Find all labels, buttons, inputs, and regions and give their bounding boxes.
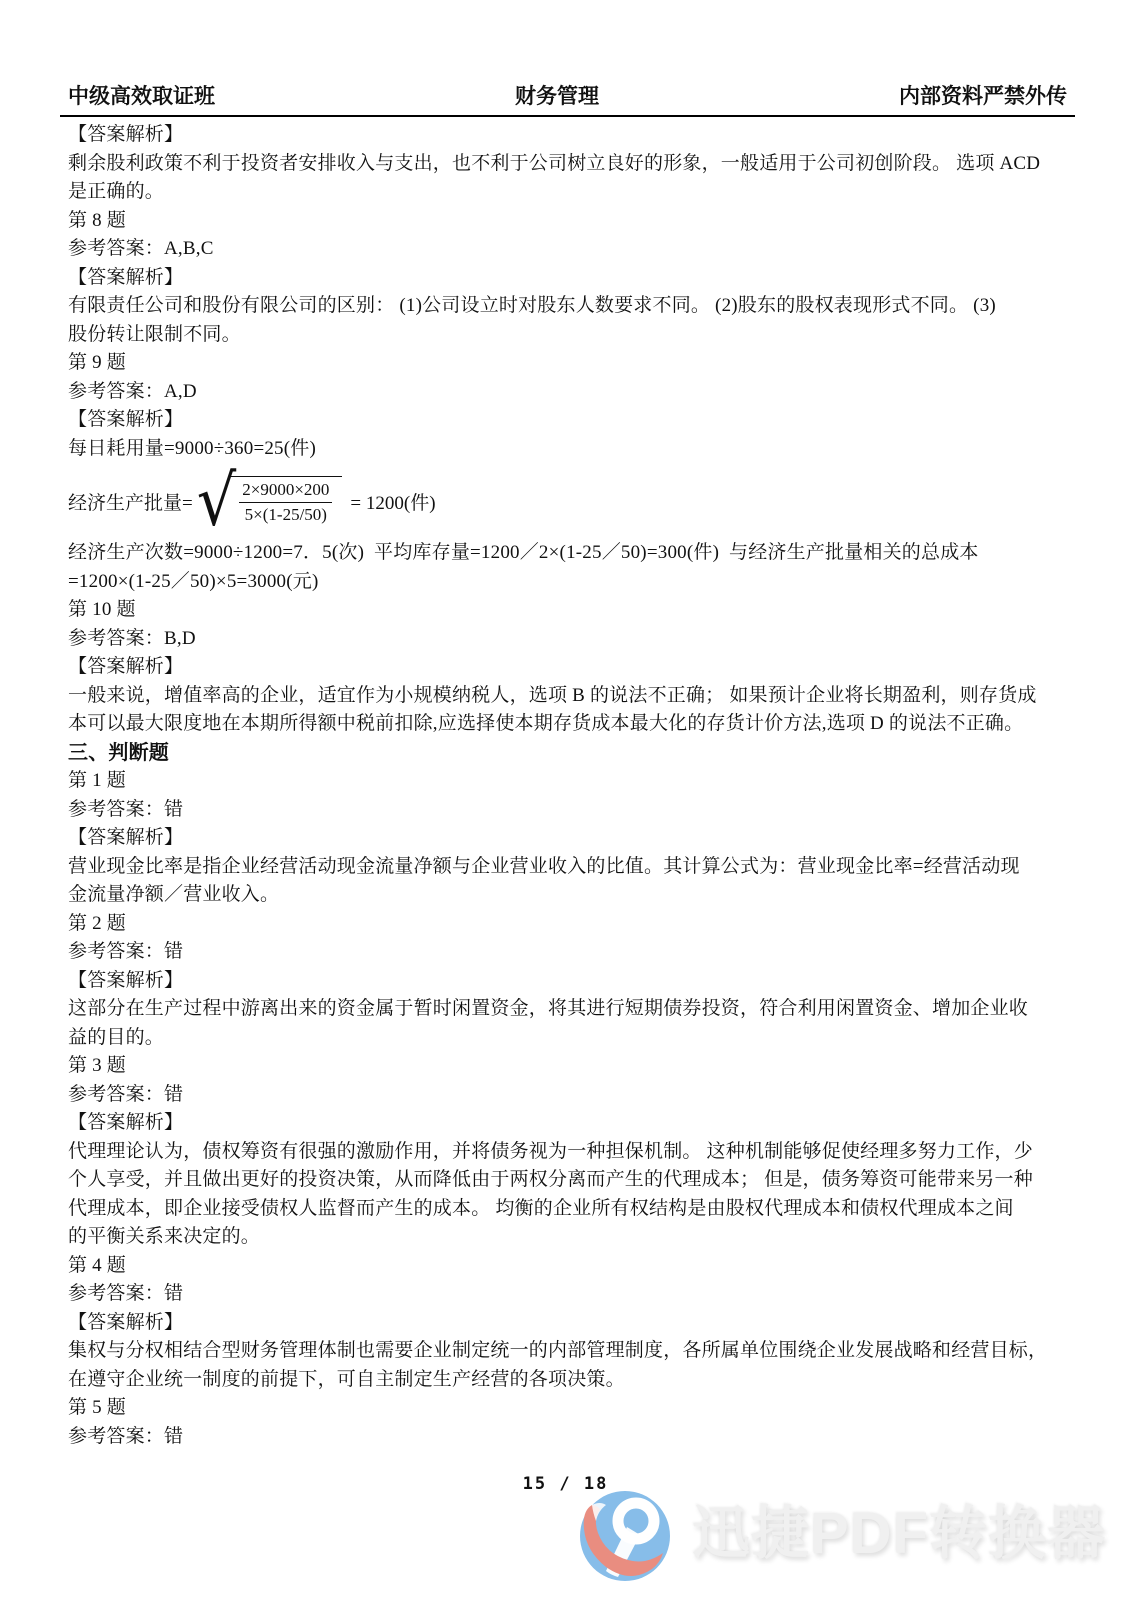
text-block-b: 经济生产次数=9000÷1200=7．5(次) 平均库存量=1200／2×(1-… [68,539,1075,1451]
text-line: 参考答案：错 [68,1081,1075,1110]
text-line: 【答案解析】 [68,653,1075,682]
text-line: 第 9 题 [68,349,1075,378]
text-line: 代理理论认为，债权筹资有很强的激励作用，并将债务视为一种担保机制。 这种机制能够… [68,1138,1075,1167]
text-line: 益的目的。 [68,1024,1075,1053]
fraction-denominator: 5×(1-25/50) [245,503,327,526]
text-line: 第 5 题 [68,1394,1075,1423]
text-line: 一般来说，增值率高的企业，适宜作为小规模纳税人，选项 B 的说法不正确； 如果预… [68,682,1075,711]
text-line: 第 4 题 [68,1252,1075,1281]
text-line: 集权与分权相结合型财务管理体制也需要企业制定统一的内部管理制度，各所属单位围绕企… [68,1337,1075,1366]
text-line: 个人享受，并且做出更好的投资决策，从而降低由于两权分离而产生的代理成本； 但是，… [68,1166,1075,1195]
text-line: 是正确的。 [68,178,1075,207]
header-subject-name: 财务管理 [515,84,599,109]
text-line: 金流量净额／营业收入。 [68,881,1075,910]
text-line: 在遵守企业统一制度的前提下，可自主制定生产经营的各项决策。 [68,1366,1075,1395]
watermark-text: 迅捷PDF转换器 [692,1505,1106,1563]
text-line: 第 1 题 [68,767,1075,796]
header-confidential-notice: 内部资料严禁外传 [899,84,1067,109]
text-line: 【答案解析】 [68,264,1075,293]
text-line: 三、判断题 [68,739,1075,768]
header-course-name: 中级高效取证班 [68,84,215,109]
pdf-converter-logo [578,1485,672,1583]
text-line: 的平衡关系来决定的。 [68,1223,1075,1252]
text-line: 营业现金比率是指企业经营活动现金流量净额与企业营业收入的比值。其计算公式为：营业… [68,853,1075,882]
text-line: 参考答案：错 [68,796,1075,825]
page-number: 15 / 18 [0,1474,1131,1494]
text-line: 第 3 题 [68,1052,1075,1081]
text-line: 第 8 题 [68,207,1075,236]
document-body: 【答案解析】剩余股利政策不利于投资者安排收入与支出，也不利于公司树立良好的形象，… [0,117,1131,1451]
text-line: 第 2 题 [68,910,1075,939]
text-line: =1200×(1-25／50)×5=3000(元) [68,568,1075,597]
text-line: 第 10 题 [68,596,1075,625]
text-line: 参考答案：错 [68,938,1075,967]
text-line: 代理成本，即企业接受债权人监督而产生的成本。 均衡的企业所有权结构是由股权代理成… [68,1195,1075,1224]
text-line: 剩余股利政策不利于投资者安排收入与支出，也不利于公司树立良好的形象，一般适用于公… [68,150,1075,179]
text-line: 【答案解析】 [68,406,1075,435]
formula-lhs: 经济生产批量= [68,488,193,515]
text-line: 本可以最大限度地在本期所得额中税前扣除,应选择使本期存货成本最大化的存货计价方法… [68,710,1075,739]
text-line: 【答案解析】 [68,121,1075,150]
text-line: 经济生产次数=9000÷1200=7．5(次) 平均库存量=1200／2×(1-… [68,539,1075,568]
text-line: 参考答案：A,D [68,378,1075,407]
text-line: 【答案解析】 [68,1109,1075,1138]
text-line: 参考答案：A,B,C [68,235,1075,264]
text-line: 【答案解析】 [68,967,1075,996]
text-line: 【答案解析】 [68,824,1075,853]
text-block-a: 【答案解析】剩余股利政策不利于投资者安排收入与支出，也不利于公司树立良好的形象，… [68,121,1075,463]
text-line: 有限责任公司和股份有限公司的区别： (1)公司设立时对股东人数要求不同。 (2)… [68,292,1075,321]
text-line: 参考答案：错 [68,1423,1075,1452]
formula-result: = 1200(件) [350,488,435,515]
text-line: 这部分在生产过程中游离出来的资金属于暂时闲置资金，将其进行短期债券投资，符合利用… [68,995,1075,1024]
pdf-converter-watermark: 迅捷PDF转换器 [578,1485,1106,1583]
page-header: 中级高效取证班 财务管理 内部资料严禁外传 [0,0,1131,115]
text-line: 参考答案：B,D [68,625,1075,654]
formula-fraction: 2×9000×200 5×(1-25/50) [229,476,342,526]
fraction-numerator: 2×9000×200 [239,479,332,503]
text-line: 【答案解析】 [68,1309,1075,1338]
pdf-page: 中级高效取证班 财务管理 内部资料严禁外传 【答案解析】剩余股利政策不利于投资者… [0,0,1131,1600]
text-line: 股份转让限制不同。 [68,321,1075,350]
text-line: 参考答案：错 [68,1280,1075,1309]
formula-economic-batch: 经济生产批量= √ 2×9000×200 5×(1-25/50) = 1200(… [68,463,1075,539]
